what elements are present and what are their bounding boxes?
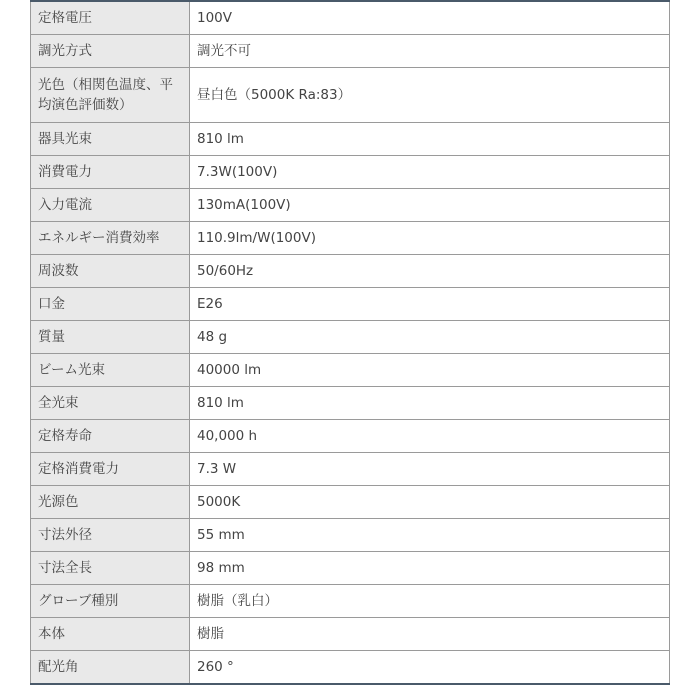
row-value: 130mA(100V) [190, 189, 670, 222]
row-value: 110.9lm/W(100V) [190, 222, 670, 255]
table-row: 全光束810 lm [31, 387, 670, 420]
row-label: 本体 [31, 618, 190, 651]
row-label: 寸法外径 [31, 519, 190, 552]
row-label: グローブ種別 [31, 585, 190, 618]
table-row: 定格寿命40,000 h [31, 420, 670, 453]
row-label: 消費電力 [31, 156, 190, 189]
table-row: 口金E26 [31, 288, 670, 321]
row-value: 7.3W(100V) [190, 156, 670, 189]
table-row: エネルギー消費効率110.9lm/W(100V) [31, 222, 670, 255]
table-row: ビーム光束40000 lm [31, 354, 670, 387]
row-label: エネルギー消費効率 [31, 222, 190, 255]
table-row: 定格消費電力7.3 W [31, 453, 670, 486]
row-label: 調光方式 [31, 35, 190, 68]
spec-table: 定格電圧100V 調光方式調光不可 光色（相関色温度、平均演色評価数）昼白色（5… [30, 0, 670, 685]
row-value: 5000K [190, 486, 670, 519]
table-row: 周波数50/60Hz [31, 255, 670, 288]
table-row: 配光角260 ° [31, 651, 670, 685]
table-row: 光色（相関色温度、平均演色評価数）昼白色（5000K Ra:83） [31, 68, 670, 123]
row-value: 48 g [190, 321, 670, 354]
table-row: 調光方式調光不可 [31, 35, 670, 68]
table-row: 消費電力7.3W(100V) [31, 156, 670, 189]
table-row: 入力電流130mA(100V) [31, 189, 670, 222]
table-row: 寸法全長98 mm [31, 552, 670, 585]
row-value: 810 lm [190, 123, 670, 156]
table-row: 器具光束810 lm [31, 123, 670, 156]
table-row: 本体樹脂 [31, 618, 670, 651]
row-label: 光色（相関色温度、平均演色評価数） [31, 68, 190, 123]
table-row: 定格電圧100V [31, 1, 670, 35]
row-value: 40,000 h [190, 420, 670, 453]
row-label: 質量 [31, 321, 190, 354]
row-label: 器具光束 [31, 123, 190, 156]
row-value: 810 lm [190, 387, 670, 420]
row-value: 樹脂（乳白） [190, 585, 670, 618]
row-value: 調光不可 [190, 35, 670, 68]
table-row: 寸法外径55 mm [31, 519, 670, 552]
row-label: ビーム光束 [31, 354, 190, 387]
row-label: 配光角 [31, 651, 190, 685]
row-value: 40000 lm [190, 354, 670, 387]
row-label: 口金 [31, 288, 190, 321]
row-label: 定格電圧 [31, 1, 190, 35]
row-value: 50/60Hz [190, 255, 670, 288]
row-label: 寸法全長 [31, 552, 190, 585]
row-value: E26 [190, 288, 670, 321]
row-label: 入力電流 [31, 189, 190, 222]
table-row: 光源色5000K [31, 486, 670, 519]
row-label: 周波数 [31, 255, 190, 288]
row-label: 全光束 [31, 387, 190, 420]
row-value: 260 ° [190, 651, 670, 685]
table-row: 質量48 g [31, 321, 670, 354]
row-label: 定格消費電力 [31, 453, 190, 486]
row-value: 7.3 W [190, 453, 670, 486]
table-row: グローブ種別樹脂（乳白） [31, 585, 670, 618]
row-value: 100V [190, 1, 670, 35]
row-value: 昼白色（5000K Ra:83） [190, 68, 670, 123]
row-value: 55 mm [190, 519, 670, 552]
row-value: 樹脂 [190, 618, 670, 651]
row-label: 定格寿命 [31, 420, 190, 453]
row-value: 98 mm [190, 552, 670, 585]
row-label: 光源色 [31, 486, 190, 519]
